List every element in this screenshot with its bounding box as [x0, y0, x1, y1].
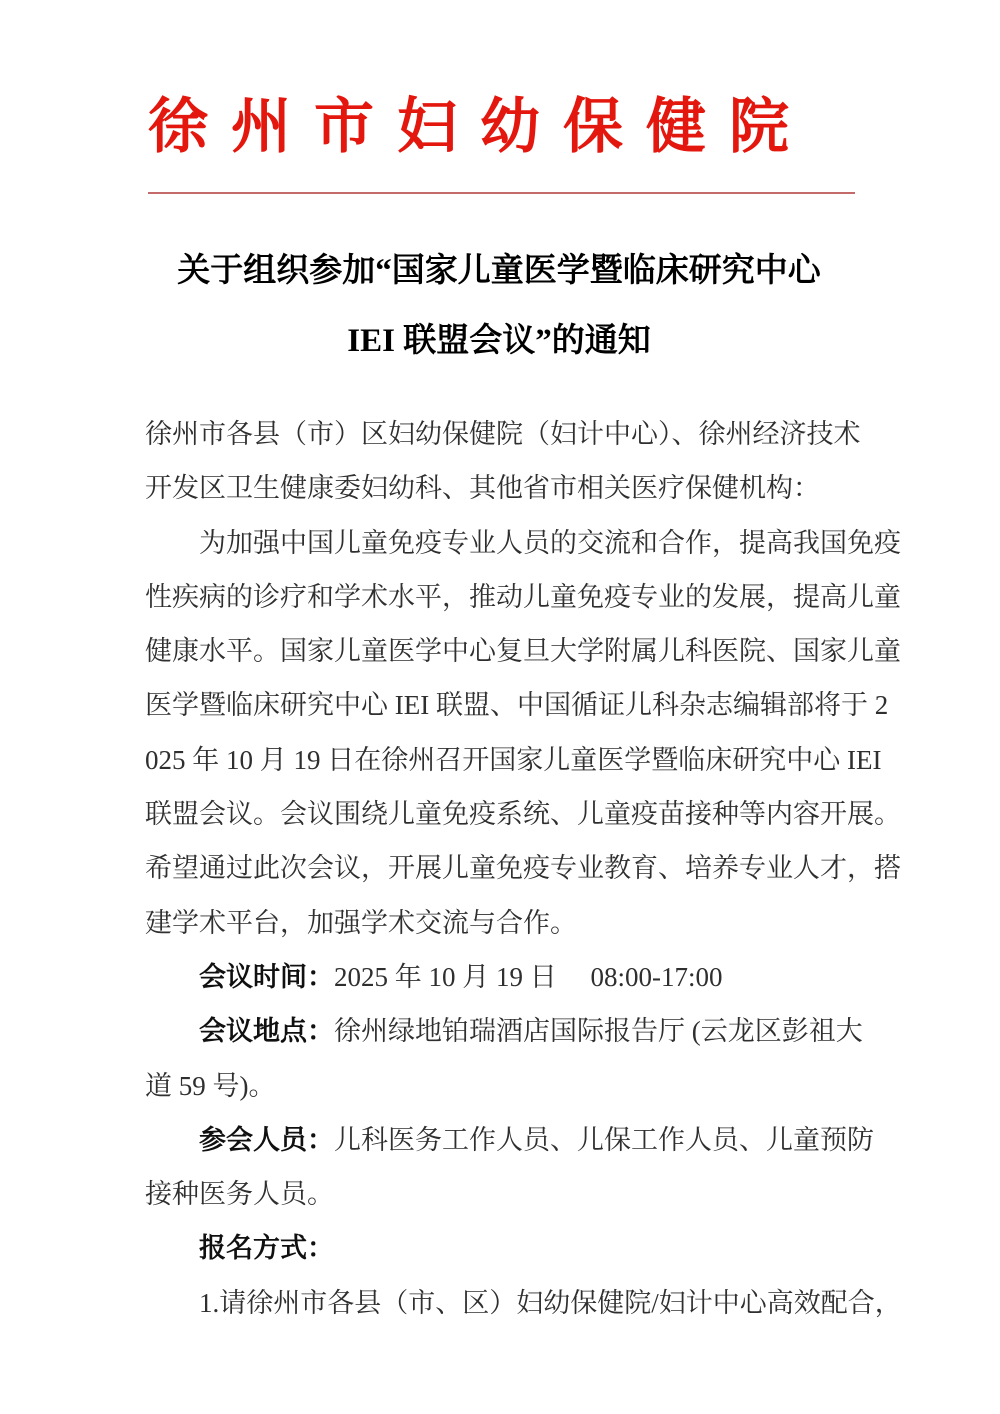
meeting-time-value: 2025 年 10 月 19 日 08:00-17:00 — [334, 962, 723, 992]
document-content: 关于组织参加“国家儿童医学暨临床研究中心 IEI 联盟会议”的通知 徐州市各县（… — [145, 236, 853, 1330]
meeting-place-value: 徐州绿地铂瑞酒店国际报告厅 (云龙区彭祖大 — [334, 1016, 863, 1046]
meeting-place-line: 道 59 号)。 — [145, 1059, 853, 1113]
paragraph-line: 希望通过此次会议，开展儿童免疫专业教育、培养专业人才，搭 — [145, 841, 853, 895]
recipient-line: 开发区卫生健康委妇幼科、其他省市相关医疗保健机构： — [145, 461, 853, 515]
letterhead-rule — [148, 192, 855, 194]
notice-body: 徐州市各县（市）区妇幼保健院（妇计中心）、徐州经济技术 开发区卫生健康委妇幼科、… — [145, 407, 853, 1330]
paragraph-line: 健康水平。国家儿童医学中心复旦大学附属儿科医院、国家儿童 — [145, 624, 853, 678]
paragraph-line: 为加强中国儿童免疫专业人员的交流和合作，提高我国免疫 — [145, 516, 853, 570]
document-title: 关于组织参加“国家儿童医学暨临床研究中心 IEI 联盟会议”的通知 — [145, 236, 853, 376]
registration-item-line: 1.请徐州市各县（市、区）妇幼保健院/妇计中心高效配合， — [145, 1276, 853, 1330]
registration-label: 报名方式： — [199, 1233, 334, 1263]
recipient-line: 徐州市各县（市）区妇幼保健院（妇计中心）、徐州经济技术 — [145, 407, 853, 461]
meeting-time-label: 会议时间： — [199, 962, 334, 992]
participants-line: 参会人员：儿科医务工作人员、儿保工作人员、儿童预防 — [145, 1113, 853, 1167]
title-line-2: IEI 联盟会议”的通知 — [145, 306, 853, 376]
participants-value: 儿科医务工作人员、儿保工作人员、儿童预防 — [334, 1125, 874, 1155]
letterhead-org-name: 徐州市妇幼保健院 — [0, 94, 970, 160]
paragraph-line: 联盟会议。会议围绕儿童免疫系统、儿童疫苗接种等内容开展。 — [145, 787, 853, 841]
paragraph-line: 性疾病的诊疗和学术水平，推动儿童免疫专业的发展，提高儿童 — [145, 570, 853, 624]
document-page: 徐州市妇幼保健院 关于组织参加“国家儿童医学暨临床研究中心 IEI 联盟会议”的… — [0, 0, 1000, 1414]
participants-label: 参会人员： — [199, 1125, 334, 1155]
meeting-place-label: 会议地点： — [199, 1016, 334, 1046]
title-line-1: 关于组织参加“国家儿童医学暨临床研究中心 — [145, 236, 853, 306]
meeting-time-line: 会议时间：2025 年 10 月 19 日 08:00-17:00 — [145, 950, 853, 1004]
participants-line: 接种医务人员。 — [145, 1167, 853, 1221]
paragraph-line: 建学术平台，加强学术交流与合作。 — [145, 896, 853, 950]
meeting-place-line: 会议地点：徐州绿地铂瑞酒店国际报告厅 (云龙区彭祖大 — [145, 1004, 853, 1058]
paragraph-line: 医学暨临床研究中心 IEI 联盟、中国循证儿科杂志编辑部将于 2 — [145, 678, 853, 732]
registration-heading: 报名方式： — [145, 1221, 853, 1275]
paragraph-line: 025 年 10 月 19 日在徐州召开国家儿童医学暨临床研究中心 IEI — [145, 733, 853, 787]
